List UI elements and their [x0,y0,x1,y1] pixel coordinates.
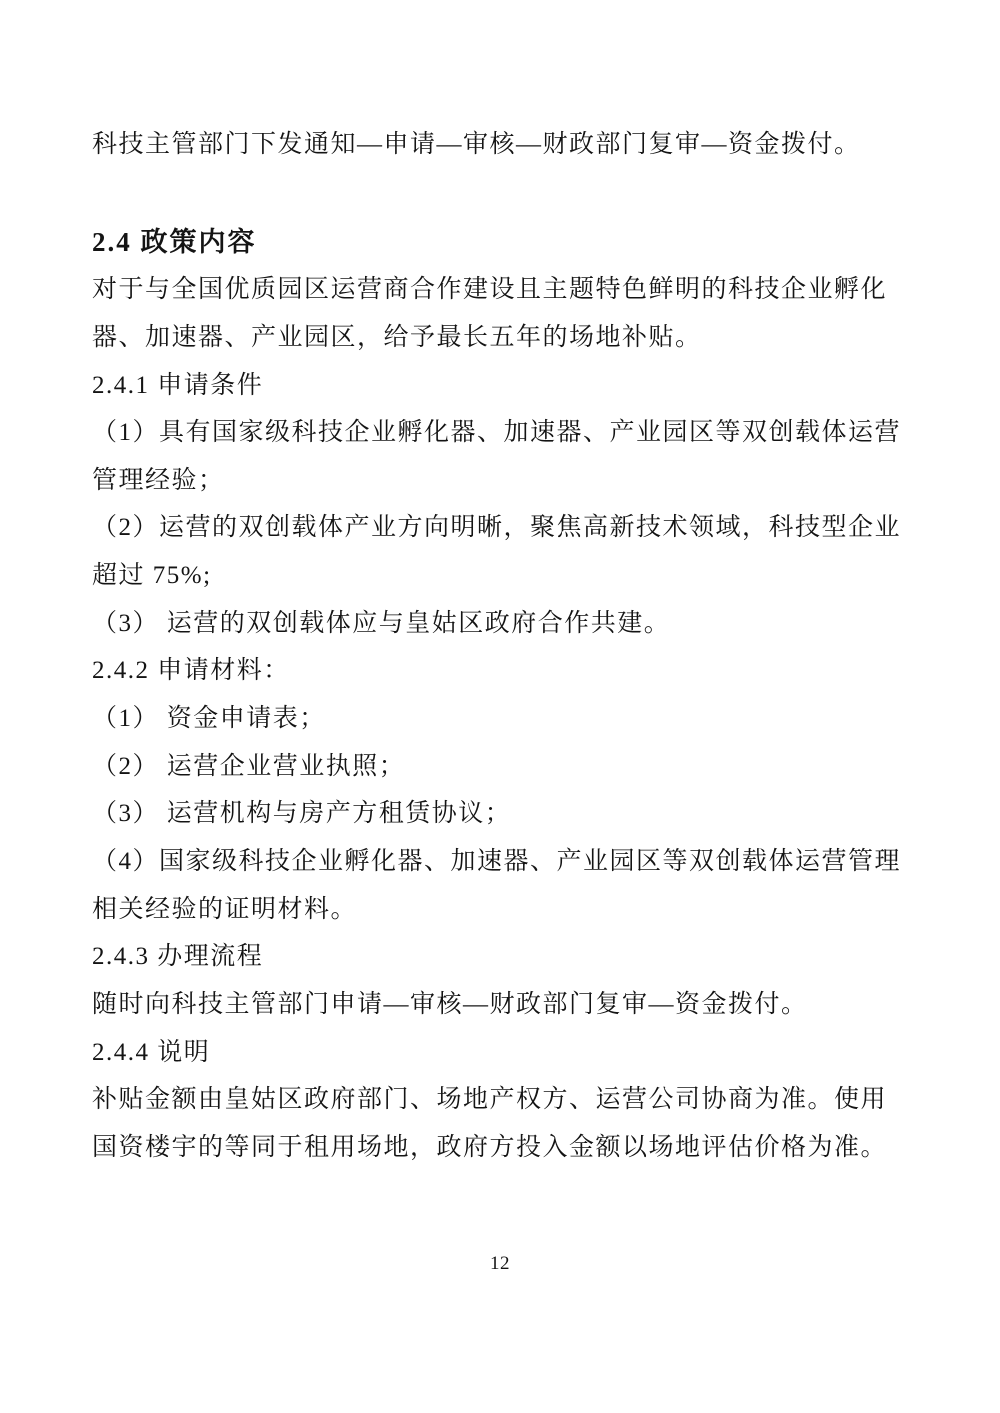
section-heading: 2.4 政策内容 [92,219,898,267]
document-page: 科技主管部门下发通知—申请—审核—财政部门复审—资金拨付。 2.4 政策内容 对… [0,0,1000,1413]
list-item-line: （2）运营的双创载体产业方向明晰，聚焦高新技术领域，科技型企业 [92,504,898,552]
subsection-heading: 2.4.2 申请材料： [92,647,898,695]
list-item-line: （4）国家级科技企业孵化器、加速器、产业园区等双创载体运营管理 [92,838,898,886]
paragraph-line: 对于与全国优质园区运营商合作建设且主题特色鲜明的科技企业孵化 [92,266,898,314]
paragraph-line: 科技主管部门下发通知—申请—审核—财政部门复审—资金拨付。 [92,121,898,169]
list-item-line: 超过 75%; [92,552,898,600]
paragraph-line: 随时向科技主管部门申请—审核—财政部门复审—资金拨付。 [92,981,898,1029]
paragraph-line: 国资楼宇的等同于租用场地，政府方投入金额以场地评估价格为准。 [92,1124,898,1172]
list-item-line: （2） 运营企业营业执照； [92,743,898,791]
page-content: 科技主管部门下发通知—申请—审核—财政部门复审—资金拨付。 2.4 政策内容 对… [92,121,898,1171]
list-item-line: （3） 运营的双创载体应与皇姑区政府合作共建。 [92,600,898,648]
list-item-line: （1） 资金申请表； [92,695,898,743]
paragraph-line: 补贴金额由皇姑区政府部门、场地产权方、运营公司协商为准。使用 [92,1076,898,1124]
subsection-heading: 2.4.4 说明 [92,1029,898,1077]
subsection-heading: 2.4.3 办理流程 [92,933,898,981]
list-item-line: （1）具有国家级科技企业孵化器、加速器、产业园区等双创载体运营 [92,409,898,457]
list-item-line: 管理经验； [92,457,898,505]
list-item-line: （3） 运营机构与房产方租赁协议； [92,790,898,838]
paragraph-line: 器、加速器、产业园区，给予最长五年的场地补贴。 [92,314,898,362]
subsection-heading: 2.4.1 申请条件 [92,362,898,410]
list-item-line: 相关经验的证明材料。 [92,886,898,934]
page-number: 12 [0,1250,1000,1278]
